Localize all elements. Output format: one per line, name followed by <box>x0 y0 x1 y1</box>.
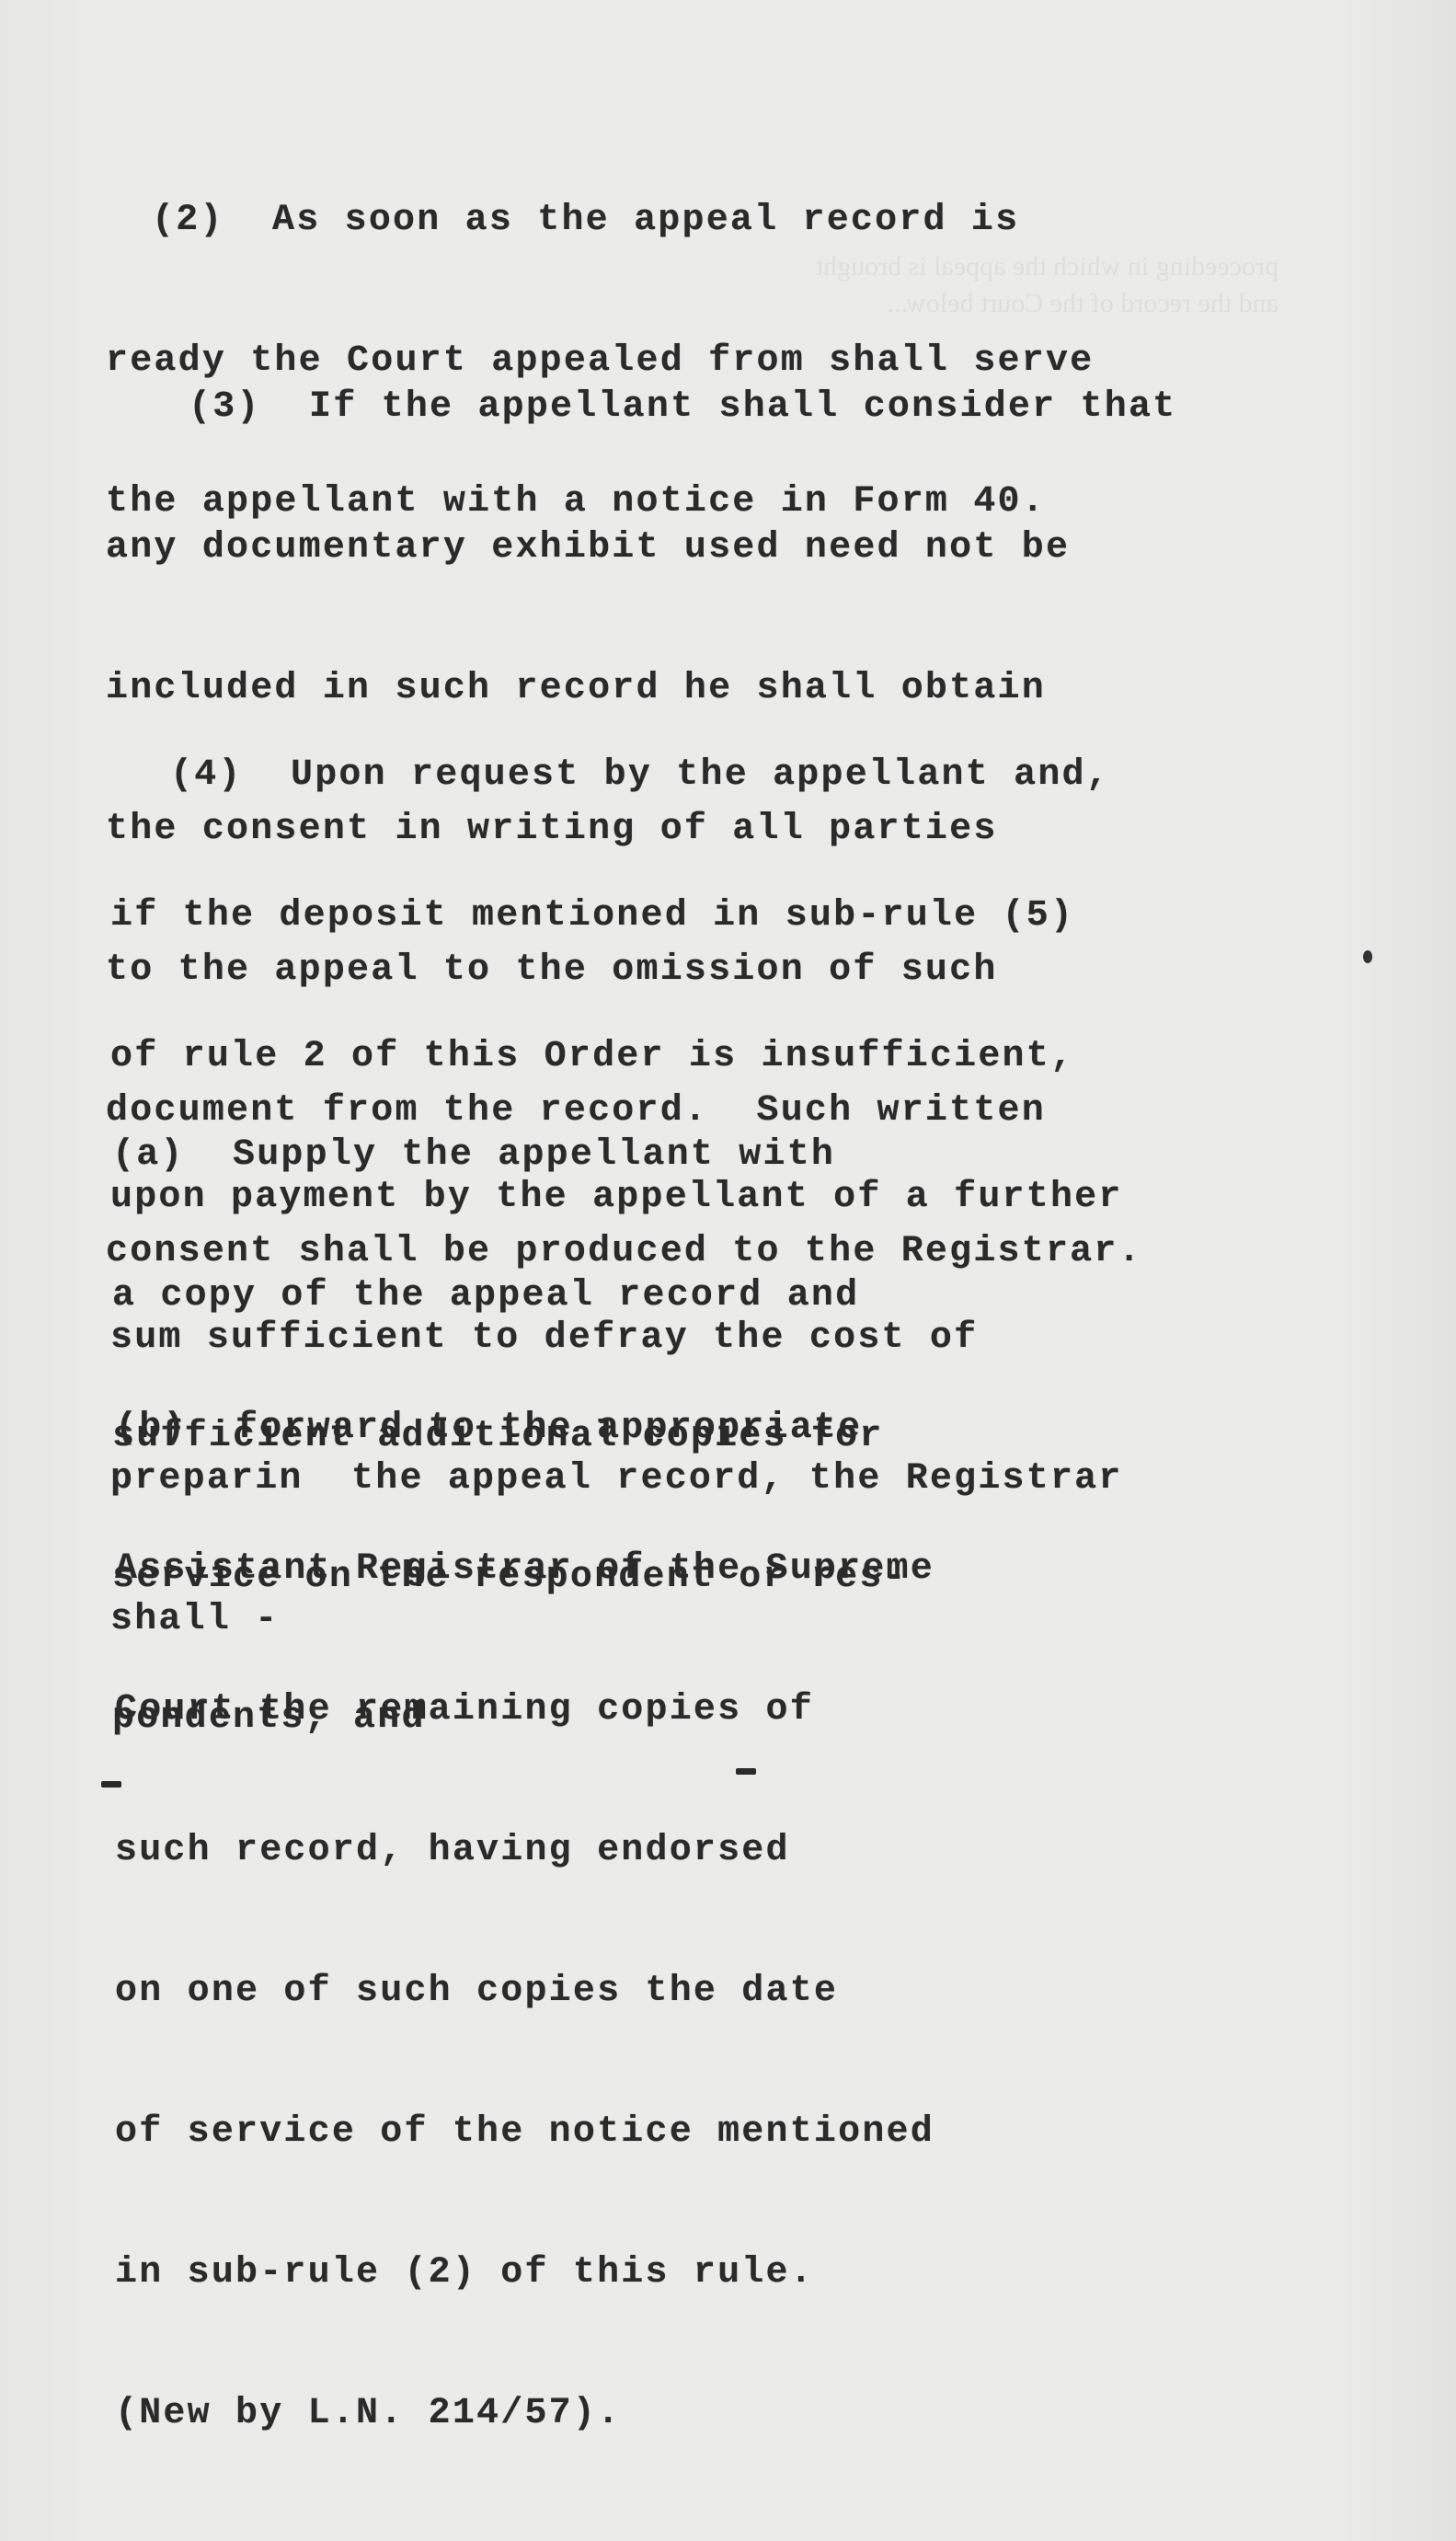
text-line: (2) As soon as the appeal record is <box>106 197 1094 244</box>
separator-dash-left <box>101 1781 121 1788</box>
text-line: (a) Supply the appellant with <box>112 1132 908 1179</box>
text-line: Assistant Registrar of the Supreme <box>115 1546 934 1592</box>
text-line: (3) If the appellant shall consider that <box>106 384 1176 431</box>
text-line: if the deposit mentioned in sub-rule (5) <box>110 892 1123 939</box>
text-line: (4) Upon request by the appellant and, <box>110 752 1123 799</box>
text-line: on one of such copies the date <box>115 1968 934 2015</box>
clause-b-paragraph: (b) forward to the appropriate Assistant… <box>115 1311 934 2531</box>
text-line: (b) forward to the appropriate <box>115 1405 934 1452</box>
ink-speck <box>1363 950 1372 963</box>
text-line: such record, having endorsed <box>115 1827 934 1874</box>
scanned-page: proceeding in which the appeal is brough… <box>0 0 1456 2541</box>
text-line: Court the remaining copies of <box>115 1686 934 1733</box>
text-line: of service of the notice mentioned <box>115 2109 934 2156</box>
text-line: (New by L.N. 214/57). <box>115 2390 934 2437</box>
text-line: in sub-rule (2) of this rule. <box>115 2249 934 2296</box>
text-line: any documentary exhibit used need not be <box>106 524 1176 571</box>
separator-dash-center <box>736 1768 756 1775</box>
